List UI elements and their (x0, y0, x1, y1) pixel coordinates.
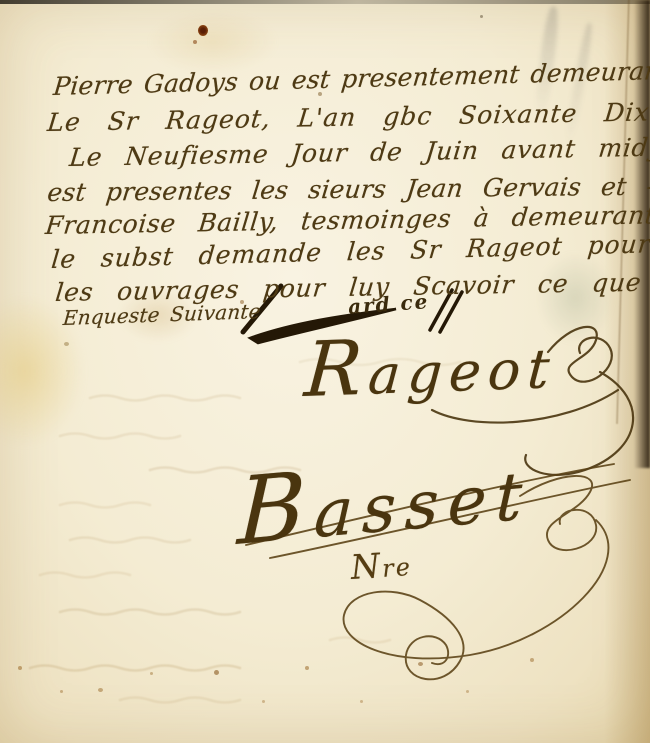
scan-top-edge (0, 0, 650, 4)
closing-mark-text: ard ce (347, 289, 430, 319)
ink-speck (98, 688, 103, 692)
ink-speck (466, 690, 469, 693)
ink-speck (18, 666, 22, 670)
stain (148, 10, 278, 74)
ink-speck (530, 658, 534, 662)
notary-abbreviation: Nre (349, 544, 413, 587)
manuscript-page: Pierre Gadoys ou est presentement demeur… (0, 0, 650, 743)
ink-speck (60, 690, 63, 693)
red-ink-spot (198, 25, 208, 36)
ink-speck (64, 342, 69, 346)
rageot-signature: Rageot (302, 317, 560, 414)
ink-speck (150, 672, 153, 675)
ink-speck (360, 700, 363, 703)
ink-speck (418, 662, 423, 666)
ink-speck (480, 15, 483, 18)
text-line: Le Neufiesme Jour de Juin avant midy — (68, 132, 650, 172)
ink-speck (214, 670, 219, 675)
text-line: Pierre Gadoys ou est presentement demeur… (52, 56, 650, 101)
ink-speck (193, 40, 197, 44)
ink-speck (305, 666, 309, 670)
ink-speck (262, 700, 265, 703)
text-line: Le Sr Rageot, L'an gbc Soixante Dix (46, 97, 650, 137)
